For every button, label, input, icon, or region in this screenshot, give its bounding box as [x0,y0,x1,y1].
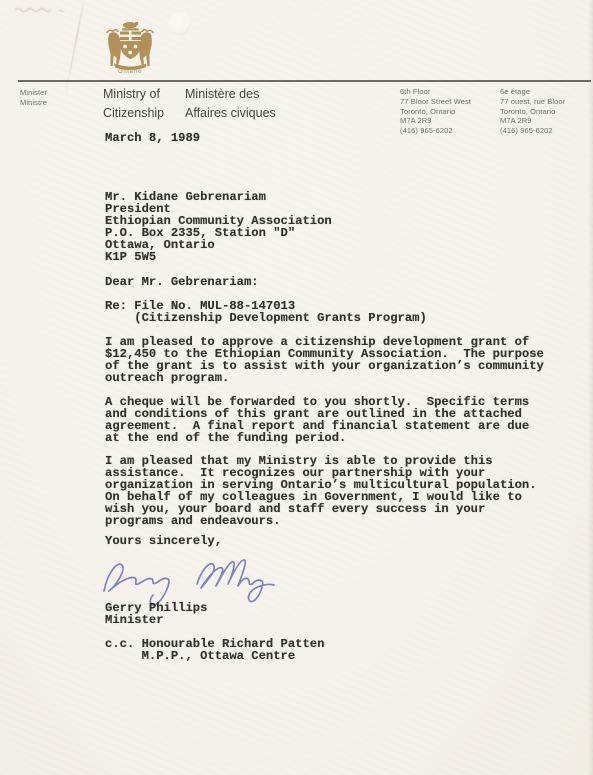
re-line: Re: File No. MUL-88-147013 (Citizenship … [105,301,427,325]
body-paragraph-1: I am pleased to approve a citizenship de… [105,337,544,385]
ministry-name-fr: Ministère des Affaires civiques [185,85,276,123]
paper-crease-line [64,0,86,98]
recipient-address: Mr. Kidane Gebrenariam President Ethiopi… [105,192,332,263]
letter-date: March 8, 1989 [105,133,200,145]
office-address-fr: 6e étage 77 ouest, rue Bloor Toronto, On… [500,87,565,136]
cc-line: c.c. Honourable Richard Patten M.P.P., O… [105,639,324,663]
closing-line: Yours sincerely, [105,536,222,548]
crest-caption: Ontario [100,69,160,75]
hole-punch-mark [168,12,191,35]
scanned-letter-page: Ontario Minister Ministre Ministry of Ci… [0,0,593,775]
header-divider-rule [18,80,591,82]
body-paragraph-3: I am pleased that my Ministry is able to… [105,456,537,527]
ministry-name-en: Ministry of Citizenship [103,85,164,123]
minister-label: Minister Ministre [20,88,47,108]
signer-name-block: Gerry Phillips Minister [105,603,207,627]
ontario-crest [101,20,159,70]
office-address-en: 6th Floor 77 Bloor Street West Toronto, … [400,87,471,136]
faint-stamp-mark [13,4,67,15]
salutation: Dear Mr. Gebrenariam: [105,277,259,289]
body-paragraph-2: A cheque will be forwarded to you shortl… [105,397,529,445]
